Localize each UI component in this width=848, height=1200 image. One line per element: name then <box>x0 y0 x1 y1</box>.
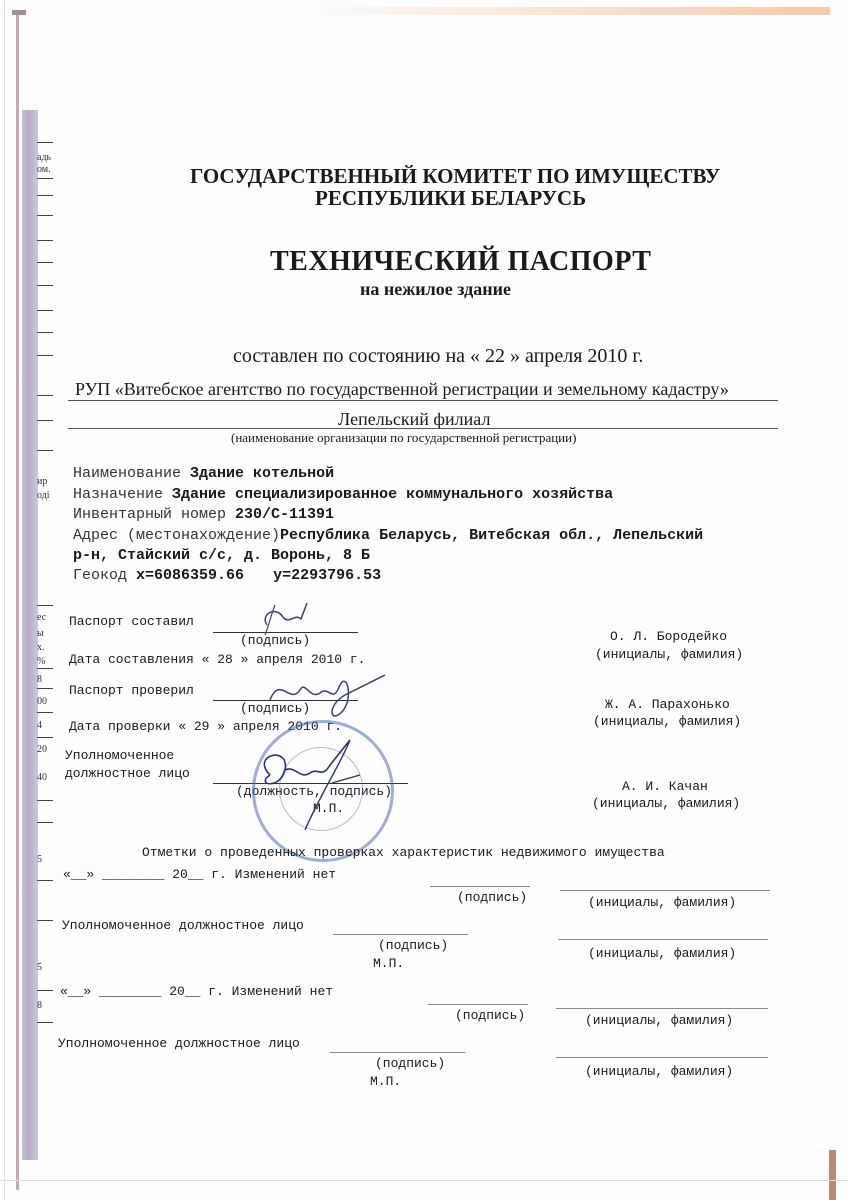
official-label-line1: Уполномоченное <box>65 748 174 763</box>
seal-caption: М.П. <box>373 956 404 971</box>
as-of-date: составлен по состоянию на « 22 » апреля … <box>233 345 643 368</box>
compiled-name: О. Л. Бородейко <box>610 629 727 644</box>
official-signature-caption: (подпись) <box>378 938 448 953</box>
binding-edge <box>16 10 19 1190</box>
committee-name-line2: РЕСПУБЛИКИ БЕЛАРУСЬ <box>315 186 586 211</box>
inventory-label: Инвентарный номер <box>73 506 226 523</box>
signature-caption: (подпись) <box>457 890 527 905</box>
compiled-label: Паспорт составил <box>69 614 194 629</box>
official-label-line2: должностное лицо <box>65 766 190 781</box>
name-caption: (инициалы, фамилия) <box>595 647 743 662</box>
name-caption: (инициалы, фамилия) <box>588 895 736 910</box>
name-caption: (инициалы, фамилия) <box>593 714 741 729</box>
signature-caption: (подпись) <box>455 1008 525 1023</box>
name-line <box>556 1057 768 1058</box>
name-label: Наименование <box>73 465 181 482</box>
name-line <box>558 939 768 940</box>
signature-line <box>428 1004 528 1005</box>
organization-line2: Лепельский филиал <box>338 409 490 430</box>
geocode-label: Геокод <box>73 567 127 584</box>
official-name: А. И. Качан <box>622 779 708 794</box>
document-subtitle: на нежилое здание <box>360 279 511 300</box>
name-line <box>560 890 770 891</box>
underline <box>68 400 778 401</box>
official-name-caption: (инициалы, фамилия) <box>585 1064 733 1079</box>
page-bottom-edge <box>0 1180 848 1181</box>
adjacent-page-strip <box>22 110 38 1160</box>
scan-artifact <box>320 7 830 15</box>
name-caption: (инициалы, фамилия) <box>585 1013 733 1028</box>
organization-caption: (наименование организации по государстве… <box>231 430 576 446</box>
signature-official-icon <box>250 735 370 835</box>
document-title: ТЕХНИЧЕСКИЙ ПАСПОРТ <box>270 246 651 278</box>
geocode-x: x=6086359.66 <box>136 567 244 584</box>
check-date-line: «__» ________ 20__ г. Изменений нет <box>63 867 336 882</box>
name-value: Здание котельной <box>190 465 334 482</box>
scan-artifact <box>829 1150 836 1200</box>
name-caption: (инициалы, фамилия) <box>592 796 740 811</box>
official-signature-caption: (подпись) <box>375 1056 445 1071</box>
checks-heading: Отметки о проведенных проверках характер… <box>142 845 665 860</box>
address-value-line2: р-н, Стайский с/с, д. Воронь, 8 Б <box>73 547 370 564</box>
scan-artifact <box>12 10 26 15</box>
organization-line1: РУП «Витебское агентство по государствен… <box>75 379 729 400</box>
purpose-label: Назначение <box>73 486 163 503</box>
seal-caption: М.П. <box>370 1074 401 1089</box>
signature-line <box>430 886 530 887</box>
signature-line <box>333 934 468 935</box>
check-date-line: «__» ________ 20__ г. Изменений нет <box>60 984 333 999</box>
signature-checker-icon <box>260 665 390 725</box>
signature-compiler-icon <box>245 595 325 640</box>
official-name-caption: (инициалы, фамилия) <box>588 946 736 961</box>
official-label: Уполномоченное должностное лицо <box>62 918 304 933</box>
official-label: Уполномоченное должностное лицо <box>58 1036 300 1051</box>
checked-name: Ж. А. Парахонько <box>605 697 730 712</box>
underline <box>68 428 778 429</box>
address-value-line1: Республика Беларусь, Витебская обл., Леп… <box>280 527 703 544</box>
address-label: Адрес (местонахождение) <box>73 527 280 544</box>
signature-line <box>330 1052 465 1053</box>
checked-label: Паспорт проверил <box>69 683 194 698</box>
inventory-value: 230/С-11391 <box>235 506 334 523</box>
geocode-y: y=2293796.53 <box>273 567 381 584</box>
page-edge <box>4 0 5 1200</box>
purpose-value: Здание специализированное коммунального … <box>172 486 613 503</box>
name-line <box>556 1008 768 1009</box>
